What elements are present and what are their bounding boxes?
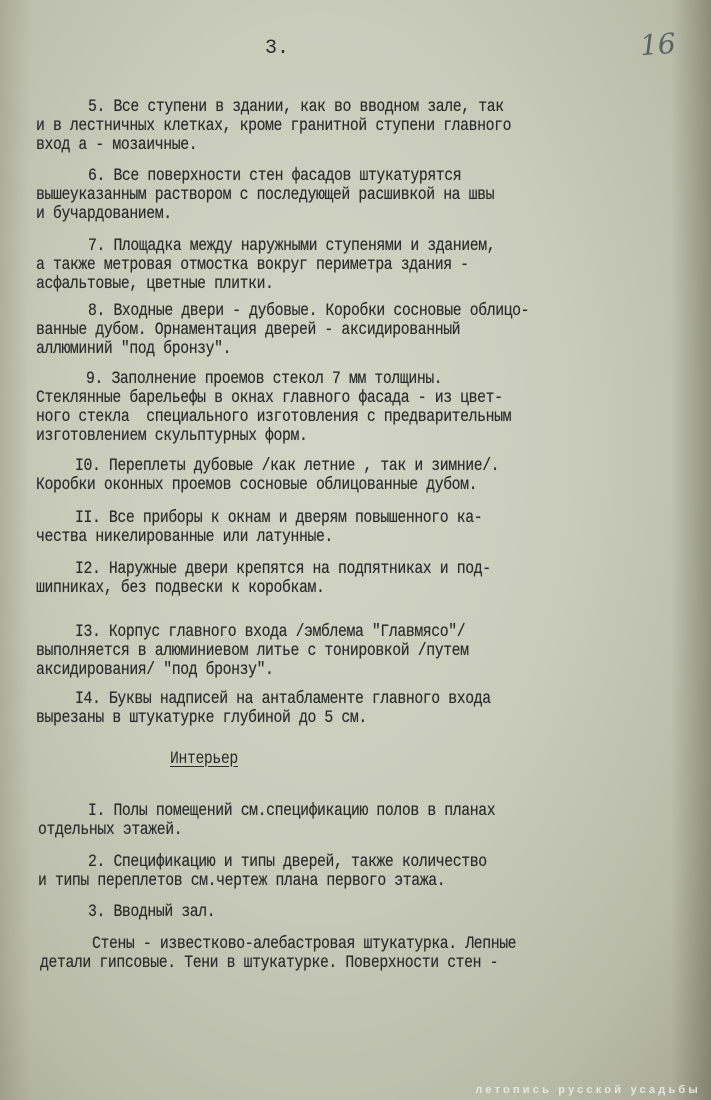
- paragraph-line: чества никелированные или латунные.: [36, 528, 333, 548]
- paper-shadow-left: [0, 0, 30, 1100]
- paragraph-line: шипниках, без подвески к коробкам.: [36, 579, 324, 599]
- paragraph-line: изготовлением скульптурных форм.: [36, 427, 307, 447]
- paragraph-line: 7. Площадка между наружными ступенями и …: [88, 237, 495, 257]
- handwritten-sheet-number: 16: [639, 27, 677, 62]
- paragraph-line: отдельных этажей.: [38, 821, 182, 841]
- paragraph-line: вышеуказанным раствором с последующей ра…: [36, 186, 494, 206]
- paragraph-line: вход а - мозаичные.: [36, 136, 197, 156]
- paragraph-line: ного стекла специального изготовления с …: [36, 408, 511, 428]
- paragraph-line: и типы переплетов см.чертеж плана первог…: [38, 872, 445, 892]
- paragraph-line: Стеклянные барельефы в окнах главного фа…: [36, 389, 503, 409]
- paragraph-line: а также метровая отмостка вокруг перимет…: [36, 256, 469, 276]
- section-heading-interior: Интерьер: [170, 750, 238, 769]
- watermark: летопись русской усадьбы: [475, 1084, 701, 1096]
- paragraph-line: вырезаны в штукатурке глубиной до 5 см.: [36, 709, 367, 729]
- paragraph-line: аллюминий "под бронзу".: [36, 340, 231, 360]
- paragraph-line: асфальтовые, цветные плитки.: [36, 275, 274, 295]
- paragraph-line: I0. Переплеты дубовые /как летние , так …: [75, 457, 499, 477]
- paragraph-line: и в лестничных клетках, кроме гранитной …: [36, 117, 511, 137]
- paragraph-line: 9. Заполнение проемов стекол 7 мм толщин…: [86, 370, 442, 390]
- paragraph-line: I. Полы помещений см.спецификацию полов …: [88, 802, 495, 822]
- paragraph-line: 2. Спецификацию и типы дверей, также кол…: [88, 853, 487, 873]
- paragraph-line: ванные дубом. Орнаментация дверей - акси…: [36, 321, 460, 341]
- paper-shadow-right: [671, 0, 711, 1100]
- paragraph-line: Стены - известково-алебастровая штукатур…: [92, 935, 516, 955]
- paragraph-line: и бучардованием.: [36, 205, 172, 225]
- paragraph-line: 8. Входные двери - дубовые. Коробки сосн…: [88, 302, 529, 322]
- paragraph-line: I4. Буквы надписей на антабламенте главн…: [75, 690, 491, 710]
- page-number: 3.: [265, 37, 289, 60]
- paragraph-line: выполняется в алюминиевом литье с тониро…: [36, 642, 469, 662]
- paragraph-line: I3. Корпус главного входа /эмблема "Глав…: [75, 623, 465, 643]
- paragraph-line: аксидирования/ "под бронзу".: [36, 661, 274, 681]
- paragraph-line: детали гипсовые. Тени в штукатурке. Пове…: [40, 954, 498, 974]
- paragraph-line: Коробки оконных проемов сосновые облицов…: [36, 476, 477, 496]
- paragraph-line: 6. Все поверхности стен фасадов штукатур…: [88, 167, 461, 187]
- paragraph-line: 3. Вводный зал.: [88, 903, 215, 923]
- paragraph-line: II. Все приборы к окнам и дверям повышен…: [75, 509, 482, 529]
- paragraph-line: I2. Наружные двери крепятся на подпятник…: [75, 560, 491, 580]
- paragraph-line: 5. Все ступени в здании, как во вводном …: [88, 98, 504, 118]
